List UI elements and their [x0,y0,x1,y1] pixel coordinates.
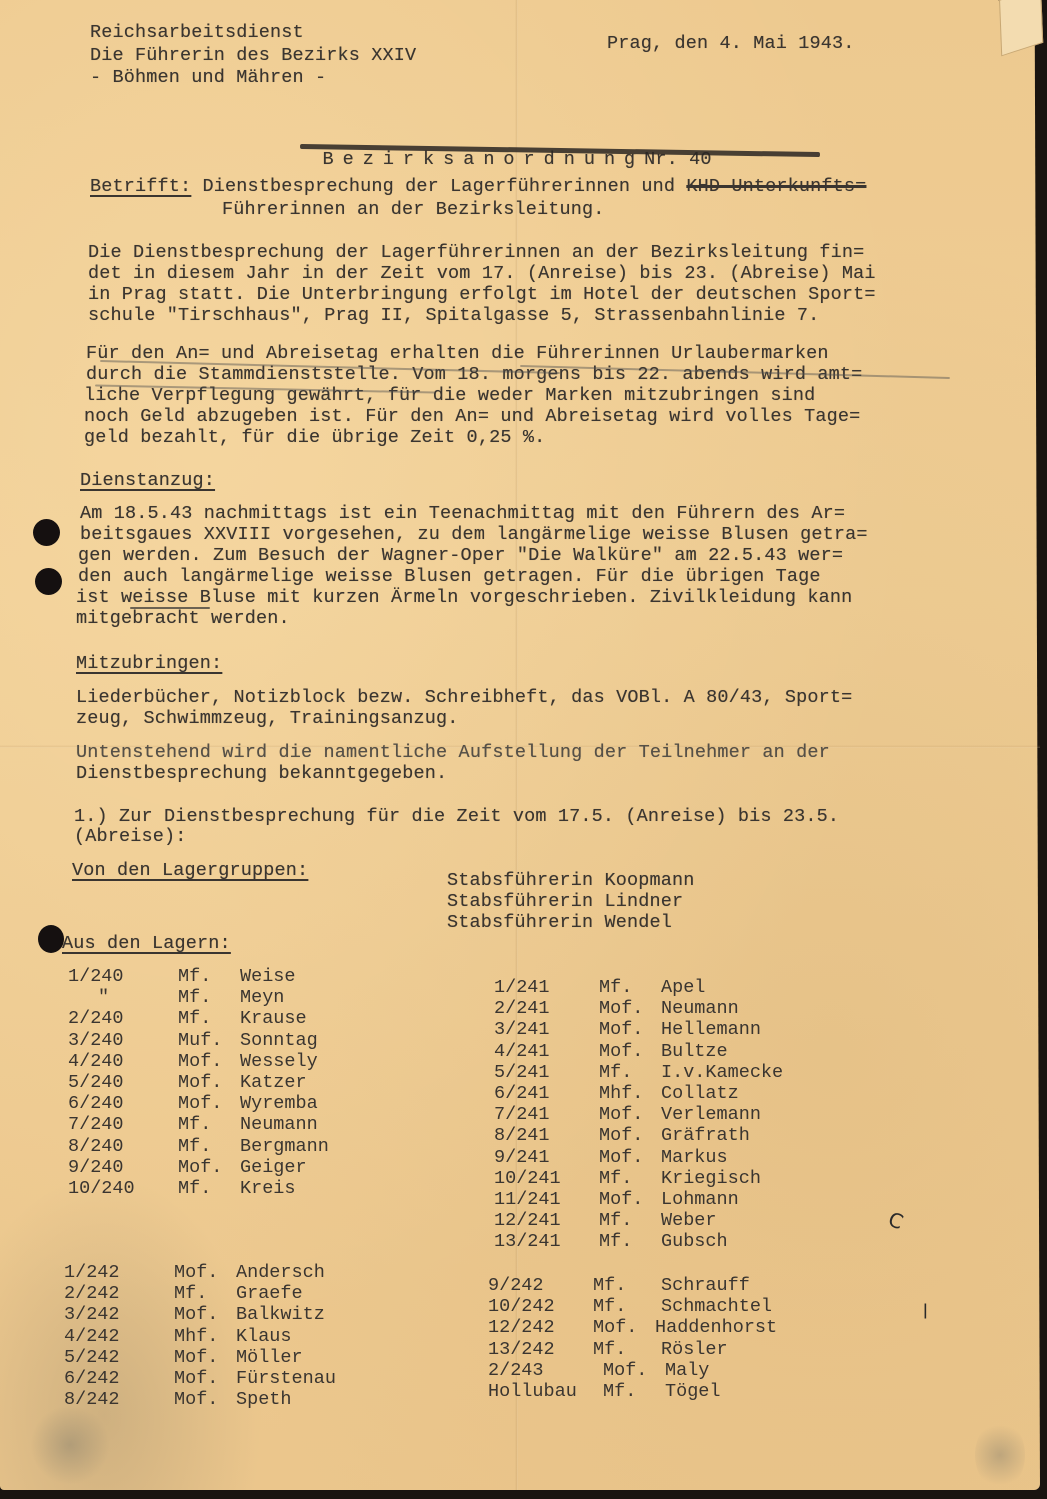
list-item: 10/241Mf.Kriegisch [494,1168,783,1189]
paragraph-line: Am 18.5.43 nachmittags ist ein Teenachmi… [80,503,845,524]
list-item: 1/240Mf.Weise [68,966,329,987]
list-item: 9/242Mf.Schrauff [488,1275,777,1296]
paragraph-line: ist weisse Bluse mit kurzen Ärmeln vorge… [76,587,852,608]
folded-corner [999,0,1043,56]
participant-list-240: 1/240Mf.Weise "Mf.Meyn 2/240Mf.Krause 3/… [68,966,329,1199]
paragraph-line: den auch langärmelige weisse Blusen getr… [78,566,821,587]
paragraph-line: mitgebracht werden. [76,608,290,629]
lagergruppen-heading: Von den Lagergruppen: [72,860,308,881]
paragraph-line: Untenstehend wird die namentliche Aufste… [76,742,830,763]
struck-text: KHD-Unterkunfts= [686,176,866,197]
list-item: 12/241Mf.Weber [494,1210,783,1231]
paragraph-line: Für den An= und Abreisetag erhalten die … [86,343,829,364]
paragraph-line: schule "Tirschhaus", Prag II, Spitalgass… [88,305,819,326]
list-item: 3/242Mof.Balkwitz [64,1304,336,1325]
list-item: 6/241Mhf.Collatz [494,1083,783,1104]
paragraph-line: geld bezahlt, für die übrige Zeit 0,25 %… [84,427,545,448]
paragraph-line: Dienstbesprechung bekanntgegeben. [76,763,447,784]
paragraph-line: beitsgaues XXVIII vorgesehen, zu dem lan… [80,524,868,545]
paragraph-line: noch Geld abzugeben ist. Für den An= und… [84,406,860,427]
letterhead-org: Reichsarbeitsdienst [90,22,304,43]
list-item: 5/240Mof.Katzer [68,1072,329,1093]
dienstanzug-heading: Dienstanzug: [80,470,215,491]
list-item: 10/240Mf.Kreis [68,1178,329,1199]
list-item: 8/242Mof.Speth [64,1389,336,1410]
letterhead-region: - Böhmen und Mähren - [90,67,326,88]
list-item: "Mf.Meyn [68,987,329,1008]
list-item: 2/242Mf.Graefe [64,1283,336,1304]
list-item: 5/242Mof.Möller [64,1347,336,1368]
list-item: 2/243Mof.Maly [488,1360,777,1381]
stain [975,1420,1025,1490]
list-item: 1/242Mof.Andersch [64,1262,336,1283]
staff-member: Stabsführerin Lindner [447,891,683,912]
punch-hole [33,519,60,546]
list-item: 4/242Mhf.Klaus [64,1326,336,1347]
paragraph-line: Die Dienstbesprechung der Lagerführerinn… [88,242,864,263]
list-item: 11/241Mof.Lohmann [494,1189,783,1210]
participant-list-242a: 1/242Mof.Andersch 2/242Mf.Graefe 3/242Mo… [64,1262,336,1410]
list-item: 13/241Mf.Gubsch [494,1231,783,1252]
list-item: 3/240Muf.Sonntag [68,1030,329,1051]
paragraph-line: Liederbücher, Notizblock bezw. Schreibhe… [76,687,852,708]
mitzubringen-heading: Mitzubringen: [76,653,222,674]
subject-label: Betrifft: [90,176,191,197]
list-item: 9/241Mof.Markus [494,1147,783,1168]
place-date: Prag, den 4. Mai 1943. [607,33,855,54]
paragraph-line: gen werden. Zum Besuch der Wagner-Oper "… [78,545,843,566]
paragraph-line: det in diesem Jahr in der Zeit vom 17. (… [88,263,876,284]
letterhead-office: Die Führerin des Bezirks XXIV [90,45,416,66]
staff-member: Stabsführerin Wendel [447,912,672,933]
list-item: 4/241Mof.Bultze [494,1041,783,1062]
lagern-heading: Aus den Lagern: [62,933,231,954]
paragraph-line: in Prag statt. Die Unterbringung erfolgt… [88,284,876,305]
list-item: 6/240Mof.Wyremba [68,1093,329,1114]
paragraph-line: zeug, Schwimmzeug, Trainingsanzug. [76,708,459,729]
list-item: 1/241Mf.Apel [494,977,783,998]
list-item: 2/241Mof.Neumann [494,998,783,1019]
list-item: 10/242Mf.Schmachtel [488,1296,777,1317]
list-item: 6/242Mof.Fürstenau [64,1368,336,1389]
staff-member: Stabsführerin Koopmann [447,870,695,891]
list-item: 8/241Mof.Gräfrath [494,1125,783,1146]
list-item: 7/240Mf.Neumann [68,1114,329,1135]
list-item: 8/240Mf.Bergmann [68,1136,329,1157]
paragraph-line: (Abreise): [74,826,187,847]
list-item: 5/241Mf.I.v.Kamecke [494,1062,783,1083]
paragraph-line: 1.) Zur Dienstbesprechung für die Zeit v… [74,806,839,827]
participant-list-242b: 9/242Mf.Schrauff 10/242Mf.Schmachtel 12/… [488,1275,777,1402]
punch-hole [38,925,64,953]
subject-line-2: Führerinnen an der Bezirksleitung. [222,199,605,220]
list-item: HollubauMf.Tögel [488,1381,777,1402]
list-item: 3/241Mof.Hellemann [494,1019,783,1040]
participant-list-241: 1/241Mf.Apel 2/241Mof.Neumann 3/241Mof.H… [494,977,783,1253]
list-item: 9/240Mof.Geiger [68,1157,329,1178]
paragraph-line: durch die Stammdienststelle. Vom 18. mor… [86,364,862,385]
list-item: 7/241Mof.Verlemann [494,1104,783,1125]
list-item: 12/242Mof.Haddenhorst [488,1317,777,1338]
stain [30,1405,110,1485]
margin-tick-mark: ǀ [923,1300,928,1319]
punch-hole [35,568,62,595]
list-item: 4/240Mof.Wessely [68,1051,329,1072]
subject-line-1: Betrifft: Dienstbesprechung der Lagerfüh… [90,176,866,197]
list-item: 13/242Mf.Rösler [488,1339,777,1360]
pencil-underline [130,607,210,609]
list-item: 2/240Mf.Krause [68,1008,329,1029]
